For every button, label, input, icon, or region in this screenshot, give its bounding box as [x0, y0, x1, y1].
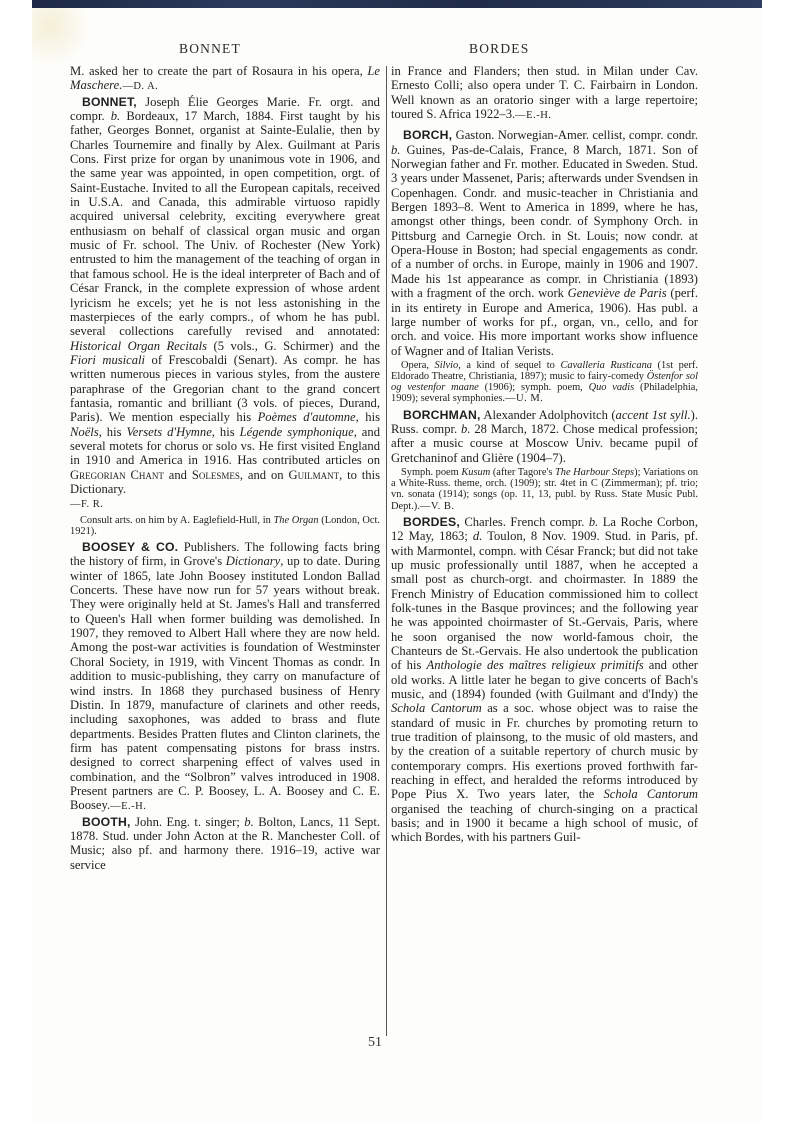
author-signature: —E.-H. [515, 110, 551, 121]
entry-text: M. asked her to create the part of Rosau… [70, 64, 367, 78]
author-signature: —U. M. [505, 393, 543, 404]
bonnet-note: Consult arts. on him by A. Eaglefield-Hu… [70, 515, 380, 537]
author-signature: —F. R. [70, 499, 103, 510]
work-title: Schola Cantorum [603, 787, 698, 801]
entry-name: Gaston. [452, 128, 494, 142]
entry-text: (5 vols., G. Schirmer) and the [207, 339, 380, 353]
note-text: Consult arts. on him by A. Eaglefield-Hu… [80, 515, 274, 526]
entry-borch: BORCH, Gaston. Norwegian-Amer. cellist, … [391, 128, 698, 358]
works-text: Opera, [401, 360, 435, 371]
entry-bordes: BORDES, Charles. French compr. b. La Roc… [391, 515, 698, 845]
born-abbrev: b. [244, 815, 253, 829]
entry-boosey: BOOSEY & CO. Publishers. The following f… [70, 540, 380, 815]
entry-text: Guines, Pas-de-Calais, France, 8 March, … [391, 143, 698, 300]
work-title: The Organ [274, 515, 319, 526]
works-text: , a kind of sequel to [458, 360, 560, 371]
entry-text: , up to date. During winter of 1865, lat… [70, 554, 380, 812]
work-title: Légende symphonique [240, 425, 354, 439]
works-text: (1906); symph. poem, [479, 382, 589, 393]
work-title: Versets d'Hymne [126, 425, 211, 439]
entry-text: , and on [240, 468, 289, 482]
died-abbrev: d. [473, 529, 482, 543]
entry-headword: BOOTH, [82, 815, 131, 829]
left-column: M. asked her to create the part of Rosau… [70, 64, 380, 872]
work-title: Geneviève de Paris [568, 286, 667, 300]
right-column: in France and Flanders; then stud. in Mi… [391, 64, 698, 845]
entry-headword: BOOSEY & CO. [82, 540, 178, 554]
work-title: Silvio [435, 360, 459, 371]
born-abbrev: b. [111, 109, 120, 123]
work-title: Dictionary [226, 554, 281, 568]
pronunciation-note: accent 1st syll. [616, 408, 691, 422]
entry-name: Alexander Adolphovitch ( [481, 408, 616, 422]
continuation-entry: M. asked her to create the part of Rosau… [70, 64, 380, 95]
entry-borchman: BORCHMAN, Alexander Adolphovitch (accent… [391, 408, 698, 465]
work-title: Schola Cantorum [391, 701, 482, 715]
cross-reference: Guilmant [288, 468, 339, 482]
works-text: (after Tagore's [490, 467, 555, 478]
entry-text: , his [99, 425, 127, 439]
entry-name: Joseph Élie Georges Marie. [137, 95, 300, 109]
entry-text: Bordeaux, 17 March, 1884. First taught b… [70, 109, 380, 338]
entry-text: organised the teaching of church-singing… [391, 802, 698, 845]
entry-headword: BORDES, [403, 515, 460, 529]
entry-signature-line: —F. R. [70, 496, 380, 512]
work-title: Quo vadis [589, 382, 635, 393]
author-signature: —D. A. [122, 81, 158, 92]
author-signature: —V. B. [420, 501, 455, 512]
running-head-right: BORDES [469, 41, 529, 57]
author-signature: —E.-H. [110, 801, 146, 812]
cross-reference: Gregorian Chant [70, 468, 164, 482]
work-title: Kusum [461, 467, 490, 478]
work-title: The Harbour Steps [555, 467, 634, 478]
works-text: Symph. poem [401, 467, 461, 478]
entry-headword: BONNET, [82, 95, 137, 109]
entry-headword: BORCH, [403, 128, 452, 142]
cross-reference: Solesmes [192, 468, 240, 482]
born-abbrev: b. [589, 515, 598, 529]
entry-booth: BOOTH, John. Eng. t. singer; b. Bolton, … [70, 815, 380, 872]
work-title: Poèmes d'automne [258, 410, 356, 424]
entry-name: John. [131, 815, 162, 829]
entry-text: , his [212, 425, 240, 439]
work-title: Historical Organ Recitals [70, 339, 207, 353]
entry-text: French compr. [506, 515, 589, 529]
paper-stain [32, 8, 92, 68]
borchman-works-list: Symph. poem Kusum (after Tagore's The Ha… [391, 467, 698, 512]
booth-continuation: in France and Flanders; then stud. in Mi… [391, 64, 698, 123]
work-title: Fiori musicali [70, 353, 145, 367]
borch-works-list: Opera, Silvio, a kind of sequel to Caval… [391, 360, 698, 405]
column-divider [386, 66, 387, 1036]
entry-text: and [164, 468, 192, 482]
entry-text: Toulon, 8 Nov. 1909. Stud. in Paris, pf.… [391, 529, 698, 672]
entry-name: Charles. [460, 515, 506, 529]
running-head-left: BONNET [179, 41, 241, 57]
entry-text: , his [356, 410, 380, 424]
scan-top-edge [32, 0, 762, 8]
entry-bonnet: BONNET, Joseph Élie Georges Marie. Fr. o… [70, 95, 380, 497]
entry-headword: BORCHMAN, [403, 408, 481, 422]
entry-text: as a soc. whose object was to raise the … [391, 701, 698, 801]
page-number: 51 [368, 1035, 382, 1051]
work-title: Noëls [70, 425, 99, 439]
work-title: Anthologie des maîtres religieux primiti… [427, 658, 644, 672]
work-title: Cavalleria Rusticana [560, 360, 652, 371]
entry-text: Eng. t. singer; [162, 815, 244, 829]
entry-text: Norwegian-Amer. cellist, compr. condr. [494, 128, 698, 142]
